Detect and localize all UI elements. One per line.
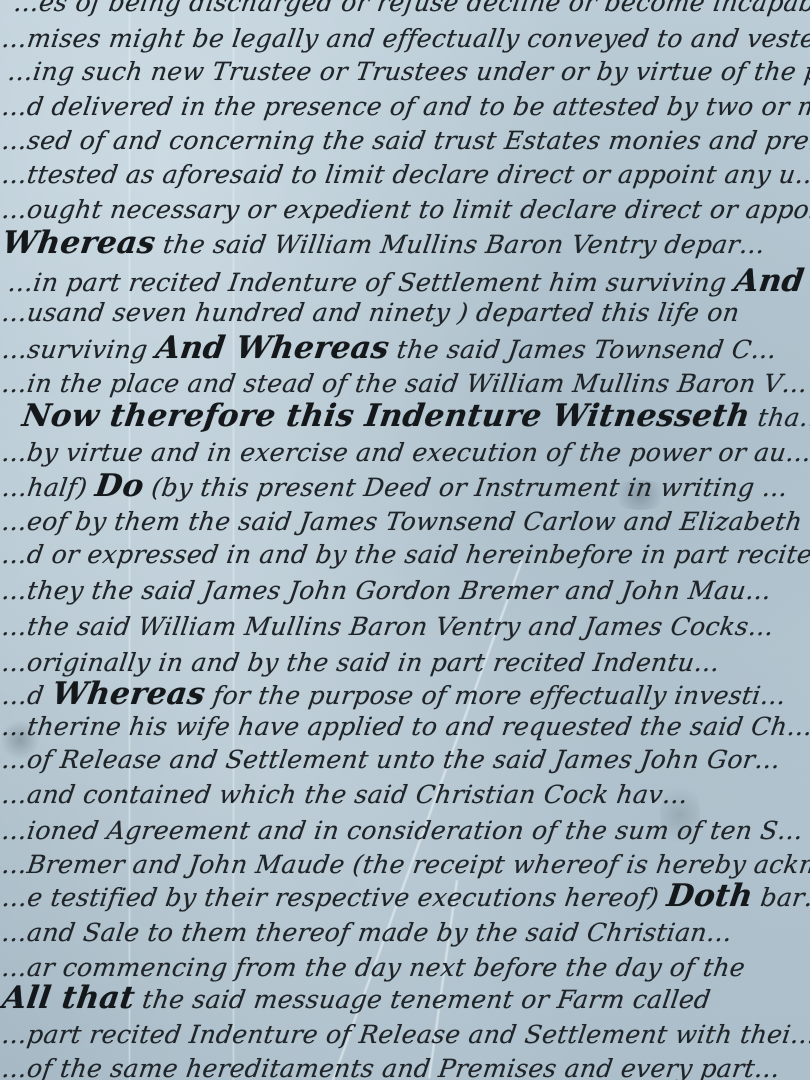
text-line: …d or expressed in and by the said herei… xyxy=(0,540,810,569)
text-line: …originally in and by the said in part r… xyxy=(0,648,722,677)
emphasis-heading: Now therefore this Indenture Witnesseth xyxy=(20,398,752,434)
text-line: …d delivered in the presence of and to b… xyxy=(0,92,810,121)
text-line: …d Whereas for the purpose of more effec… xyxy=(0,676,789,712)
text-line: …in the place and stead of the said Will… xyxy=(0,369,810,398)
text-line: …sed of and concerning the said trust Es… xyxy=(0,126,810,155)
text-line: …surviving And Whereas the said James To… xyxy=(0,330,779,366)
text-line: …eof by them the said James Townsend Car… xyxy=(0,507,804,536)
text-line: Whereas the said William Mullins Baron V… xyxy=(0,225,768,261)
emphasis-heading: Whereas xyxy=(50,676,208,712)
emphasis-heading: And Whereas xyxy=(153,330,391,366)
text-line: …of the same hereditaments and Premises … xyxy=(0,1054,782,1080)
text-line: …usand seven hundred and ninety ) depart… xyxy=(0,298,741,327)
text-line: …of Release and Settlement unto the said… xyxy=(0,745,783,774)
emphasis-heading: And xyxy=(732,263,806,299)
text-line: …by virtue and in exercise and execution… xyxy=(0,438,810,467)
emphasis-heading: Whereas xyxy=(0,225,158,261)
emphasis-heading: Doth xyxy=(665,878,756,914)
text-line: …mises might be legally and effectually … xyxy=(0,24,810,53)
handwritten-text-body: …es of being discharged or refuse declin… xyxy=(0,0,810,1080)
text-line: …part recited Indenture of Release and S… xyxy=(0,1020,810,1049)
text-line: …and Sale to them thereof made by the sa… xyxy=(0,918,734,947)
text-line: …they the said James John Gordon Bremer … xyxy=(0,576,773,605)
text-line: …e testified by their respective executi… xyxy=(0,878,810,914)
text-line: …therine his wife have applied to and re… xyxy=(0,712,810,741)
text-line: …ttested as aforesaid to limit declare d… xyxy=(0,160,810,189)
emphasis-heading: All that xyxy=(0,980,137,1016)
text-line: …ioned Agreement and in consideration of… xyxy=(0,816,805,845)
text-line: …Bremer and John Maude (the receipt wher… xyxy=(0,850,810,879)
text-line: …ing such new Trustee or Trustees under … xyxy=(6,57,810,86)
text-line: …es of being discharged or refuse declin… xyxy=(12,0,810,17)
text-line: …the said William Mullins Baron Ventry a… xyxy=(0,612,776,641)
text-line: Now therefore this Indenture Witnesseth … xyxy=(20,398,810,434)
text-line: …and contained which the said Christian … xyxy=(0,780,690,809)
text-line: …ar commencing from the day next before … xyxy=(0,953,747,982)
emphasis-heading: Do xyxy=(93,468,146,504)
text-line: …half) Do (by this present Deed or Instr… xyxy=(0,468,791,504)
text-line: …ought necessary or expedient to limit d… xyxy=(0,195,810,224)
text-line: …in part recited Indenture of Settlement… xyxy=(6,263,806,299)
text-line: All that the said messuage tenement or F… xyxy=(0,980,713,1016)
